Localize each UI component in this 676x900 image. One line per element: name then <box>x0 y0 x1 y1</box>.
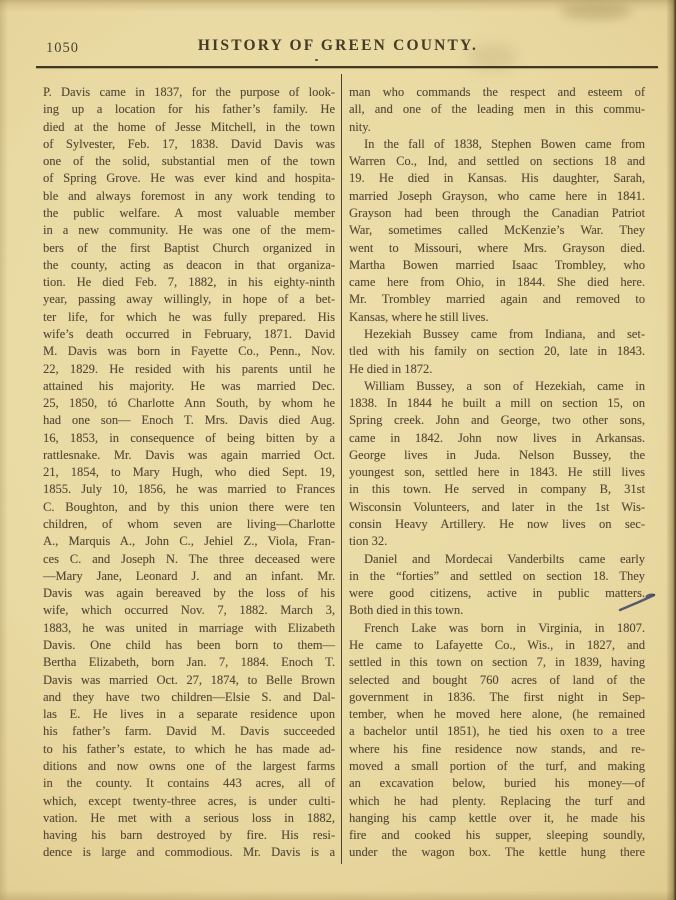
text-line: 22, 1829. He resided with his parents un… <box>43 361 335 378</box>
text-line: ble and always foremost in any work tend… <box>43 188 335 205</box>
text-line: tled with his family on section 20, late… <box>349 343 645 360</box>
text-line: year, passing away willingly, in hope of… <box>43 291 335 308</box>
text-line: which, except twenty-three acres, is und… <box>43 793 335 810</box>
paragraph: Hezekiah Bussey came from Indiana, and s… <box>349 326 645 378</box>
text-line: dence is large and commodious. Mr. Davis… <box>43 844 335 861</box>
text-line: had one son— Enoch T. Mrs. Davis died Au… <box>43 412 335 429</box>
text-line: came here from Ohio, in 1844. She died h… <box>349 274 645 291</box>
text-line: Spring creek. John and George, two other… <box>349 412 645 429</box>
text-line: bers of the first Baptist Church organiz… <box>43 240 335 257</box>
text-line: tion. He died Feb. 7, 1882, in his eight… <box>43 274 335 291</box>
text-line: in a new community. He was one of the me… <box>43 222 335 239</box>
text-line: were good citizens, active in public mat… <box>349 585 645 602</box>
pen-mark <box>608 588 664 620</box>
text-line: —Mary Jane, Leonard J. and an infant. Mr… <box>43 568 335 585</box>
text-line: his father’s farm. David M. Davis succee… <box>43 723 335 740</box>
book-edge <box>666 0 676 900</box>
text-line: las E. He lives in a separate residence … <box>43 706 335 723</box>
text-line: ces C. and Joseph N. The three deceased … <box>43 551 335 568</box>
text-line: of Spring Grove. He was ever kind and ho… <box>43 170 335 187</box>
left-column: P. Davis came in 1837, for the purpose o… <box>43 84 335 862</box>
text-line: attained his majority. He was married De… <box>43 378 335 395</box>
text-line: settled in this town on section 7, in 18… <box>349 654 645 671</box>
text-line: Wisconsin Volunteers, and later in the 1… <box>349 499 645 516</box>
text-line: of Sylvester, Feb. 17, 1838. David Davis… <box>43 136 335 153</box>
text-line: Mr. Trombley married again and removed t… <box>349 291 645 308</box>
text-line: wife, which occurred Nov. 7, 1882. March… <box>43 602 335 619</box>
text-line: one of the solid, substantial men of the… <box>43 153 335 170</box>
text-line: In the fall of 1838, Stephen Bowen came … <box>349 136 645 153</box>
text-line: went to Missouri, where Mrs. Grayson die… <box>349 240 645 257</box>
text-line: in the “forties” and settled on section … <box>349 568 645 585</box>
paragraph: Daniel and Mordecai Vanderbilts came ear… <box>349 551 645 620</box>
text-line: a bachelor until 1851), he tied his oxen… <box>349 723 645 740</box>
text-line: and they have two children—Elsie S. and … <box>43 689 335 706</box>
text-line: 1838. In 1844 he built a mill on section… <box>349 395 645 412</box>
text-line: Hezekiah Bussey came from Indiana, and s… <box>349 326 645 343</box>
text-line: nity. <box>349 119 645 136</box>
text-line: Both died in this town. <box>349 602 645 619</box>
text-line: 21, 1854, to Mary Hugh, who died Sept. 1… <box>43 464 335 481</box>
text-line: moved a small portion of the turf, and m… <box>349 758 645 775</box>
text-line: 19. He died in Kansas. His daughter, Sar… <box>349 170 645 187</box>
right-column: man who commands the respect and esteem … <box>349 84 645 862</box>
text-line: an excavation below, buried his money—of <box>349 775 645 792</box>
text-line: P. Davis came in 1837, for the purpose o… <box>43 84 335 101</box>
text-line: William Bussey, a son of Hezekiah, came … <box>349 378 645 395</box>
text-line: ter life, for which he was fully prepare… <box>43 309 335 326</box>
paragraph: French Lake was born in Virginia, in 180… <box>349 620 645 862</box>
text-line: Daniel and Mordecai Vanderbilts came ear… <box>349 551 645 568</box>
text-line: French Lake was born in Virginia, in 180… <box>349 620 645 637</box>
text-line: vation. He met with a serious loss in 18… <box>43 810 335 827</box>
text-line: married Joseph Grayson, who came here in… <box>349 188 645 205</box>
text-line: the county, acting as deacon in that org… <box>43 257 335 274</box>
text-line: having his barn destroyed by fire. His r… <box>43 827 335 844</box>
paragraph: P. Davis came in 1837, for the purpose o… <box>43 84 335 862</box>
text-line: youngest son, settled here in 1843. He s… <box>349 464 645 481</box>
text-line: Warren Co., Ind, and settled on sections… <box>349 153 645 170</box>
header-rule <box>36 66 658 68</box>
paragraph: man who commands the respect and esteem … <box>349 84 645 136</box>
text-line: C. Boughton, and by this union there wer… <box>43 499 335 516</box>
text-line: which he had plenty. Replacing the turf … <box>349 793 645 810</box>
scan-shadow-bottom <box>0 890 676 900</box>
text-line: War, sometimes called McKenzie’s War. Th… <box>349 222 645 239</box>
text-line: 1855. July 10, 1856, he was married to F… <box>43 481 335 498</box>
text-line: Davis. One child has been born to them— <box>43 637 335 654</box>
text-line: tember, when he moved here alone, (he re… <box>349 706 645 723</box>
text-line: children, of whom seven are living—Charl… <box>43 516 335 533</box>
text-line: ing up a location for his father’s famil… <box>43 101 335 118</box>
text-line: selected and bought 760 acres of land of… <box>349 672 645 689</box>
paragraph: William Bussey, a son of Hezekiah, came … <box>349 378 645 551</box>
text-line: to his father’s estate, to which he has … <box>43 741 335 758</box>
text-line: Grayson had been through the Canadian Pa… <box>349 205 645 222</box>
text-line: where his fine residence now stands, and… <box>349 741 645 758</box>
scan-shadow-left <box>0 0 8 900</box>
text-line: came in 1842. John now lives in Arkansas… <box>349 430 645 447</box>
text-line: government in 1836. The first night in S… <box>349 689 645 706</box>
book-page: 1050 HISTORY OF GREEN COUNTY. P. Davis c… <box>0 0 676 900</box>
text-line: rattlesnake. Mr. Davis was again married… <box>43 447 335 464</box>
text-line: consin Heavy Artillery. He now lives on … <box>349 516 645 533</box>
scan-smudge <box>560 3 632 19</box>
text-line: fire and cooked his supper, sleeping sou… <box>349 827 645 844</box>
text-line: George lives in Juda. Nelson Bussey, the <box>349 447 645 464</box>
column-divider <box>341 74 342 864</box>
text-line: the public welfare. A most valuable memb… <box>43 205 335 222</box>
text-line: in the county. It contains 443 acres, al… <box>43 775 335 792</box>
printers-mark <box>315 59 318 61</box>
text-line: hanging his camp kettle over it, he made… <box>349 810 645 827</box>
text-line: under the wagon box. The kettle hung the… <box>349 844 645 861</box>
text-line: A., Marquis A., John C., Jehiel Z., Viol… <box>43 533 335 550</box>
text-line: Davis was married Oct. 27, 1874, to Bell… <box>43 672 335 689</box>
text-line: man who commands the respect and esteem … <box>349 84 645 101</box>
text-line: He died in 1872. <box>349 361 645 378</box>
text-line: M. Davis was born in Fayette Co., Penn.,… <box>43 343 335 360</box>
text-line: Davis was again bereaved by the loss of … <box>43 585 335 602</box>
text-line: in this town. He served in company B, 31… <box>349 481 645 498</box>
text-line: ditions and now owns one of the largest … <box>43 758 335 775</box>
paragraph: In the fall of 1838, Stephen Bowen came … <box>349 136 645 326</box>
text-line: 1883, he was united in marriage with Eli… <box>43 620 335 637</box>
text-line: all, and one of the leading men in this … <box>349 101 645 118</box>
text-line: He came to Lafayette Co., Wis., in 1827,… <box>349 637 645 654</box>
text-line: 16, 1853, in consequence of being bitten… <box>43 430 335 447</box>
page-title: HISTORY OF GREEN COUNTY. <box>0 37 676 55</box>
text-line: 25, 1850, tó Charlotte Ann South, by who… <box>43 395 335 412</box>
text-line: Martha Bowen married Isaac Trombley, who <box>349 257 645 274</box>
text-line: tion 32. <box>349 533 645 550</box>
text-line: Bertha Elizabeth, born Jan. 7, 1884. Eno… <box>43 654 335 671</box>
text-line: Kansas, where he still lives. <box>349 309 645 326</box>
text-line: died at the home of Jesse Mitchell, in t… <box>43 119 335 136</box>
text-line: wife’s death occurred in February, 1871.… <box>43 326 335 343</box>
